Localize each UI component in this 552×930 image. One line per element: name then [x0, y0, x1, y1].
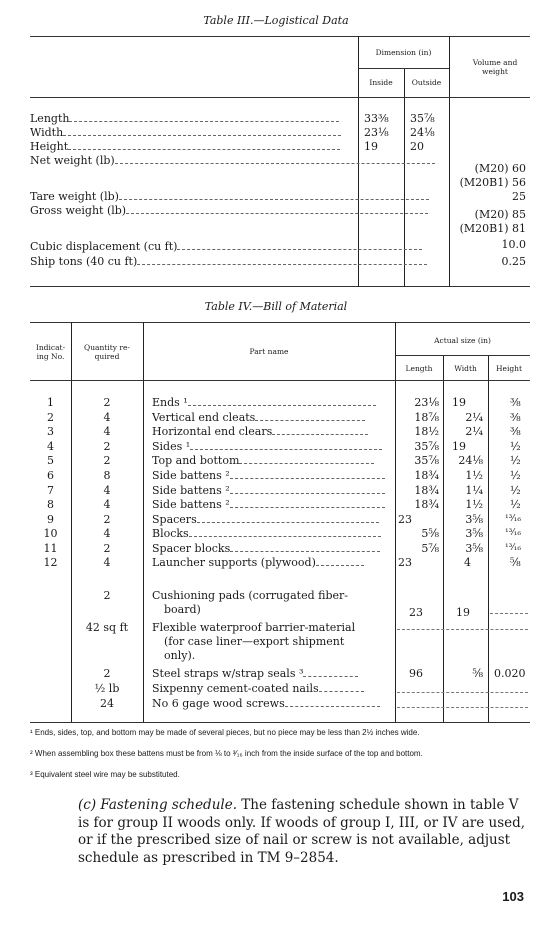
width: 2¼: [443, 411, 483, 424]
width-inside: 23⅛: [364, 126, 389, 139]
length: 23: [398, 556, 412, 569]
leader-dots: [272, 434, 368, 435]
net-weight-m20: (M20) 60: [475, 162, 526, 175]
length-outside: 35⅞: [410, 112, 435, 125]
leader-dots: [119, 199, 429, 200]
part-label: No 6 gage wood screws: [152, 697, 285, 710]
row-label: Net weight (lb): [30, 154, 115, 167]
row-label: Ship tons (40 cu ft): [30, 255, 137, 268]
part-label: Vertical end cleats: [152, 411, 255, 424]
leader-dots: [319, 691, 364, 692]
width: 1½: [443, 498, 483, 511]
part-label: Horizontal end clears: [152, 425, 272, 438]
width: 3⅝: [443, 542, 483, 555]
length: 23: [398, 513, 412, 526]
footnote-2: ² When assembling box these battens must…: [30, 749, 530, 758]
part-name: Blocks: [152, 527, 381, 540]
page-number: 103: [502, 889, 524, 904]
quantity: 4: [71, 425, 143, 438]
length: 23⅛: [395, 396, 439, 409]
table-3-row-width: Width: [30, 126, 341, 139]
height: ⅜: [510, 396, 521, 409]
quantity: 2: [71, 513, 143, 526]
leader-dots: [303, 676, 358, 677]
length: 18⅞: [395, 411, 439, 424]
table-4-col-divider-2: [143, 322, 144, 722]
quantity: 4: [71, 484, 143, 497]
width: 24⅛: [443, 454, 483, 467]
ship-tons-value: 0.25: [502, 255, 527, 268]
quantity: 2: [71, 440, 143, 453]
height: ¹³⁄₁₆: [505, 542, 521, 555]
width: 3⅝: [443, 513, 483, 526]
table-3-col-divider-3: [449, 36, 450, 286]
leader-dots: [177, 249, 422, 250]
width: 2¼: [443, 425, 483, 438]
leader-dots: [230, 551, 380, 552]
paragraph-label: (c): [78, 797, 96, 813]
table-4-header-length: Length: [395, 364, 443, 373]
table-3-top-rule: [30, 36, 530, 37]
table-4-header-width: Width: [443, 364, 488, 373]
size-blank: [397, 707, 528, 708]
part-label: Sides ¹: [152, 440, 190, 453]
quantity: 2: [71, 396, 143, 409]
table-3-header-dimension: Dimension (in): [358, 48, 449, 57]
quantity: 2: [71, 542, 143, 555]
height: ½: [510, 469, 521, 482]
table-4-header-rule: [30, 380, 530, 381]
table-4-caption: Table IV.—Bill of Material: [0, 300, 552, 313]
width: 4: [464, 556, 471, 569]
length: 18½: [395, 425, 439, 438]
leader-dots: [230, 493, 385, 494]
quantity: 42 sq ft: [71, 621, 143, 634]
row-label: Gross weight (lb): [30, 204, 126, 217]
part-label: Side battens ²: [152, 469, 230, 482]
part-name: Side battens ²: [152, 469, 385, 482]
footnote-3: ³ Equivalent steel wire may be substitut…: [30, 770, 530, 779]
part-name: Sixpenny cement-coated nails: [152, 682, 364, 695]
table-4-col-divider-3: [395, 322, 396, 722]
part-label: Ends ¹: [152, 396, 188, 409]
part-label: Launcher supports (plywood): [152, 556, 316, 569]
part-name: Launcher supports (plywood): [152, 556, 364, 569]
height: ½: [510, 454, 521, 467]
row-label: Length: [30, 112, 69, 125]
height: ½: [510, 440, 521, 453]
table-3-col-divider-2: [404, 68, 405, 286]
table-3-header-rule: [30, 97, 530, 98]
leader-dots: [239, 463, 374, 464]
table-3-row-tare-weight: Tare weight (lb): [30, 190, 429, 203]
table-4-header-quantity: Quantity re-quired: [76, 343, 138, 361]
leader-dots: [69, 121, 339, 122]
size-blank: [397, 692, 528, 693]
part-label: Top and bottom: [152, 454, 239, 467]
width: 19: [452, 396, 466, 409]
indicating-no: 6: [30, 469, 71, 482]
leader-dots: [230, 507, 385, 508]
length-inside: 33⅜: [364, 112, 389, 125]
table-3-subheader-rule: [358, 68, 449, 69]
length: 5⅝: [395, 527, 439, 540]
width: 3⅝: [443, 527, 483, 540]
part-label: Blocks: [152, 527, 189, 540]
height: ⅜: [510, 425, 521, 438]
leader-dots: [126, 213, 428, 214]
row-label: Height: [30, 140, 68, 153]
width-outside: 24⅛: [410, 126, 435, 139]
tare-weight-value: 25: [512, 190, 526, 203]
table-3-row-gross-weight: Gross weight (lb): [30, 204, 428, 217]
row-label: Tare weight (lb): [30, 190, 119, 203]
width: 19: [456, 606, 470, 619]
indicating-no: 3: [30, 425, 71, 438]
height: ⅝: [510, 556, 521, 569]
height: ¹³⁄₁₆: [505, 513, 521, 526]
indicating-no: 7: [30, 484, 71, 497]
cubic-displacement-value: 10.0: [502, 238, 527, 251]
part-name: No 6 gage wood screws: [152, 697, 380, 710]
part-name: Sides ¹: [152, 440, 382, 453]
part-name: Ends ¹: [152, 396, 376, 409]
table-4-bottom-rule: [30, 722, 530, 723]
part-name-line-2: (for case liner—export shipment: [164, 635, 344, 648]
footnote-1: ¹ Ends, sides, top, and bottom may be ma…: [30, 728, 530, 737]
part-name: Horizontal end clears: [152, 425, 368, 438]
paragraph-heading: Fastening schedule.: [100, 797, 237, 813]
table-3-row-net-weight: Net weight (lb): [30, 154, 435, 167]
size-blank: [397, 629, 528, 630]
leader-dots: [115, 163, 435, 164]
indicating-no: 2: [30, 411, 71, 424]
length: 18¾: [395, 498, 439, 511]
quantity: 4: [71, 527, 143, 540]
leader-dots: [197, 522, 379, 523]
part-name: Vertical end cleats: [152, 411, 365, 424]
leader-dots: [316, 565, 364, 566]
table-4-header-actual-size: Actual size (in): [395, 336, 530, 345]
quantity: 4: [71, 498, 143, 511]
quantity: 2: [71, 454, 143, 467]
width: 1½: [443, 469, 483, 482]
indicating-no: 1: [30, 396, 71, 409]
indicating-no: 8: [30, 498, 71, 511]
table-3-header-inside: Inside: [358, 78, 404, 87]
part-name-line-1: Cushioning pads (corrugated fiber-: [152, 589, 348, 602]
table-4-header-part-name: Part name: [143, 347, 395, 356]
height: ½: [510, 498, 521, 511]
gross-weight-m20: (M20) 85: [475, 208, 526, 221]
indicating-no: 10: [30, 527, 71, 540]
quantity: ½ lb: [71, 682, 143, 695]
width: ⅝: [443, 667, 483, 680]
table-4-top-rule: [30, 322, 530, 323]
part-name: Side battens ²: [152, 484, 385, 497]
indicating-no: 9: [30, 513, 71, 526]
table-4-header-indicating-no: Indicat-ing No.: [30, 343, 71, 361]
table-3-header-outside: Outside: [404, 78, 449, 87]
leader-dots: [188, 405, 376, 406]
gross-weight-m20b1: (M20B1) 81: [460, 222, 526, 235]
height-blank: [490, 613, 528, 614]
row-label: Cubic displacement (cu ft): [30, 240, 177, 253]
part-label: Sixpenny cement-coated nails: [152, 682, 319, 695]
indicating-no: 11: [30, 542, 71, 555]
leader-dots: [189, 536, 381, 537]
part-label: Steel straps w/strap seals ³: [152, 667, 303, 680]
height-inside: 19: [364, 140, 378, 153]
height: ⅜: [510, 411, 521, 424]
row-label: Width: [30, 126, 63, 139]
table-4-subheader-rule: [395, 355, 530, 356]
length: 18¾: [395, 484, 439, 497]
width: 19: [452, 440, 466, 453]
part-name: Spacers: [152, 513, 379, 526]
table-3-caption: Table III.—Logistical Data: [0, 14, 552, 27]
table-3-bottom-rule: [30, 286, 530, 287]
quantity: 2: [71, 667, 143, 680]
part-label: Spacers: [152, 513, 197, 526]
quantity: 4: [71, 556, 143, 569]
height: ½: [510, 484, 521, 497]
length: 23: [409, 606, 423, 619]
part-label: Spacer blocks: [152, 542, 230, 555]
length: 96: [409, 667, 423, 680]
quantity: 4: [71, 411, 143, 424]
leader-dots: [137, 264, 427, 265]
width: 1¼: [443, 484, 483, 497]
leader-dots: [255, 420, 365, 421]
height-outside: 20: [410, 140, 424, 153]
quantity: 24: [71, 697, 143, 710]
net-weight-m20b1: (M20B1) 56: [460, 176, 526, 189]
quantity: 8: [71, 469, 143, 482]
leader-dots: [285, 706, 380, 707]
table-3-header-volume-weight: Volume and weight: [470, 58, 520, 76]
table-3-row-length: Length: [30, 112, 339, 125]
part-label: Side battens ²: [152, 484, 230, 497]
part-label: Side battens ²: [152, 498, 230, 511]
part-name: Top and bottom: [152, 454, 374, 467]
indicating-no: 4: [30, 440, 71, 453]
length: 35⅞: [395, 440, 439, 453]
length: 5⅞: [395, 542, 439, 555]
table-4-col-divider-5: [488, 355, 489, 722]
quantity: 2: [71, 589, 143, 602]
part-name-line-1: Flexible waterproof barrier-material: [152, 621, 355, 634]
table-4-header-height: Height: [488, 364, 530, 373]
leader-dots: [230, 478, 385, 479]
height: ¹³⁄₁₆: [505, 527, 521, 540]
part-name: Side battens ²: [152, 498, 385, 511]
length: 35⅞: [395, 454, 439, 467]
indicating-no: 12: [30, 556, 71, 569]
part-name: Steel straps w/strap seals ³: [152, 667, 358, 680]
leader-dots: [190, 449, 382, 450]
table-3-row-cubic-displacement: Cubic displacement (cu ft): [30, 240, 422, 253]
height: 0.020: [494, 667, 526, 680]
leader-dots: [63, 135, 341, 136]
table-3-row-ship-tons: Ship tons (40 cu ft): [30, 255, 427, 268]
part-name-line-3: only).: [164, 649, 195, 662]
indicating-no: 5: [30, 454, 71, 467]
part-name: Spacer blocks: [152, 542, 380, 555]
length: 18¾: [395, 469, 439, 482]
part-name-line-2: board): [164, 603, 201, 616]
leader-dots: [68, 149, 340, 150]
table-3-row-height: Height: [30, 140, 340, 153]
fastening-schedule-paragraph: (c) Fastening schedule. The fastening sc…: [78, 797, 528, 867]
